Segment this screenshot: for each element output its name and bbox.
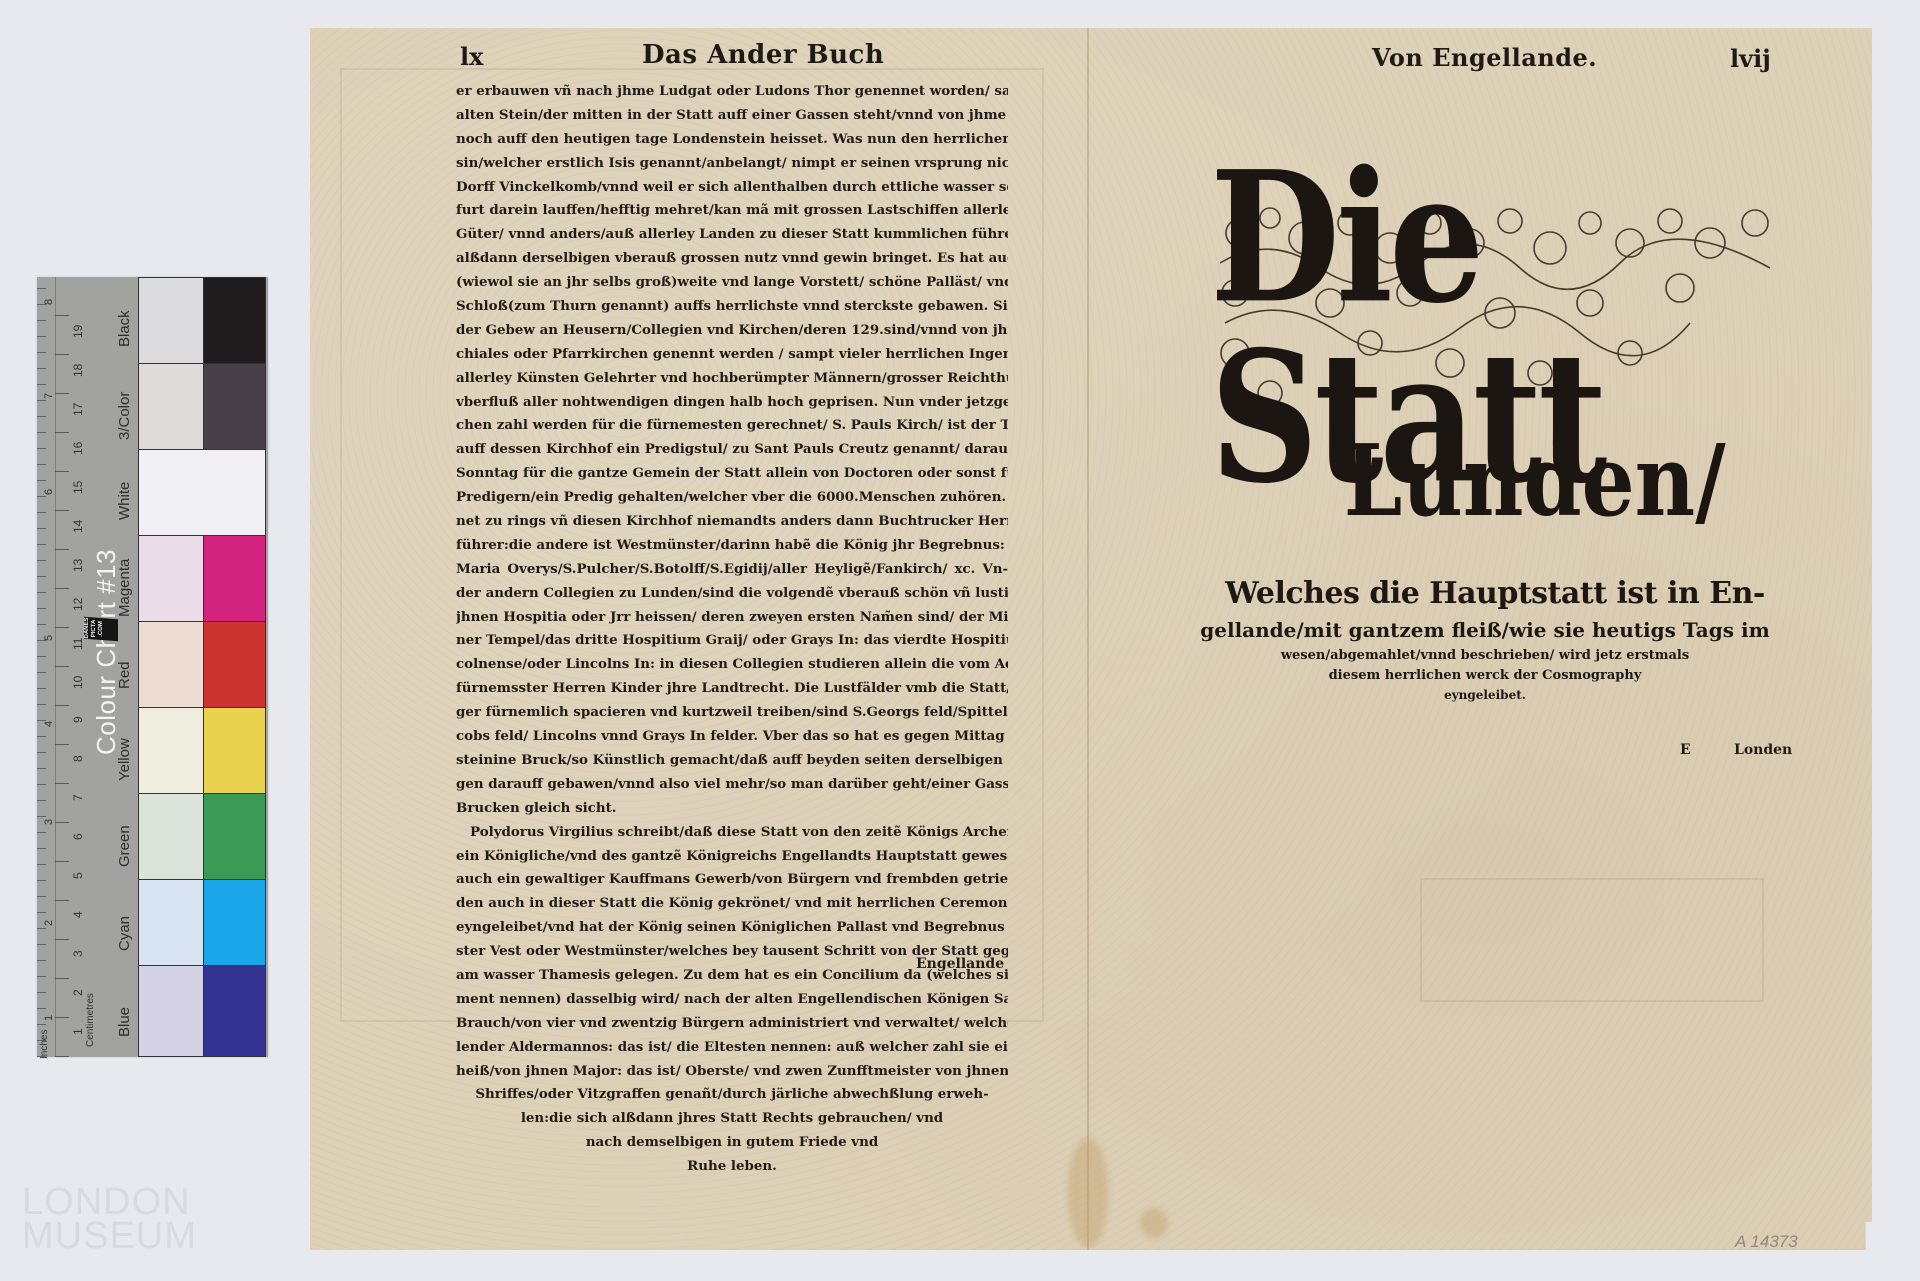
- swatch-green-dark: [203, 793, 266, 880]
- text-line: der Gebew an Heusern/Collegien vnd Kirch…: [456, 319, 1008, 343]
- cm-19: 19: [71, 325, 85, 338]
- colour-chart: 1 2 3 4 5 6 7 8 1 2 3 4 5 6 7 8 9 10 11 …: [37, 277, 268, 1057]
- text-line: colnense/oder Lincolns In: in diesen Col…: [456, 653, 1008, 677]
- left-catchword: Engellande: [916, 956, 1004, 972]
- swatch-green-light: [138, 793, 204, 880]
- text-line: ger fürnemlich spacieren vnd kurtzweil t…: [456, 701, 1008, 725]
- label-cyan: Cyan: [116, 916, 133, 951]
- cm-11: 11: [71, 638, 85, 650]
- ruler: 1 2 3 4 5 6 7 8 1 2 3 4 5 6 7 8 9 10 11 …: [37, 277, 138, 1057]
- text-line: er erbauwen vñ nach jhme Ludgat oder Lud…: [456, 80, 1008, 104]
- text-line: Shriffes/oder Vitzgraffen genañt/durch j…: [456, 1083, 1008, 1107]
- text-line: ner Tempel/das dritte Hospitium Graij/ o…: [456, 629, 1008, 653]
- text-line: Güter/ vnnd anders/auß allerley Landen z…: [456, 223, 1008, 247]
- left-page-number: lx: [460, 42, 483, 71]
- cm-1: 1: [71, 1028, 85, 1035]
- swatch-yellow-light: [138, 707, 204, 794]
- title-lunden: Lunden/: [1344, 433, 1726, 531]
- stain: [1140, 1208, 1168, 1238]
- swatch-cyan-light: [138, 879, 204, 966]
- label-magenta: Magenta: [116, 559, 133, 617]
- inch-2: 2: [43, 920, 55, 926]
- subtitle-line-1: Welches die Hauptstatt ist in En-: [1200, 576, 1790, 611]
- text-line: führer:die andere ist Westmünster/darinn…: [456, 534, 1008, 558]
- subtitle-line-2: gellande/mit gantzem fleiß/wie sie heuti…: [1200, 618, 1770, 642]
- text-line: Brucken gleich sicht.: [456, 797, 1008, 821]
- text-line: auff dessen Kirchhof ein Predigstul/ zu …: [456, 438, 1008, 462]
- logo-line-1: LONDON: [22, 1185, 197, 1219]
- text-line: der andern Collegien zu Lunden/sind die …: [456, 582, 1008, 606]
- swatch-yellow-dark: [203, 707, 266, 794]
- pencil-inventory-number: A 14373: [1735, 1232, 1798, 1252]
- text-line: allerley Künsten Gelehrter vnd hochberüm…: [456, 367, 1008, 391]
- subtitle-line-5: eyngeleibet.: [1200, 688, 1770, 702]
- cm-5: 5: [71, 872, 85, 879]
- cm-13: 13: [71, 559, 85, 572]
- show-through-box: [1420, 878, 1764, 1002]
- cm-15: 15: [71, 481, 85, 494]
- right-running-head: Von Engellande.: [1372, 43, 1597, 72]
- swatch-magenta-light: [138, 535, 204, 622]
- text-line: cobs feld/ Lincolns vnnd Grays In felder…: [456, 725, 1008, 749]
- document-leaf: lx Das Ander Buch er erbauwen vñ nach jh…: [310, 28, 1872, 1250]
- inch-7: 7: [43, 393, 55, 399]
- swatch-cyan-dark: [203, 879, 266, 966]
- signature-mark: E: [1680, 742, 1691, 758]
- text-line: (wiewol sie an jhr selbs groß)weite vnd …: [456, 271, 1008, 295]
- text-line: vberfluß aller nohtwendigen dingen halb …: [456, 391, 1008, 415]
- text-line: lender Aldermannos: das ist/ die Elteste…: [456, 1036, 1008, 1060]
- subtitle-line-3: wesen/abgemahlet/vnnd beschrieben/ wird …: [1200, 648, 1770, 663]
- cm-12: 12: [71, 598, 85, 611]
- left-running-head: Das Ander Buch: [642, 40, 884, 70]
- label-black: Black: [116, 310, 133, 347]
- text-line: ein Königliche/vnd des gantzẽ Königreich…: [456, 845, 1008, 869]
- text-line: Predigern/ein Predig gehalten/welcher vb…: [456, 486, 1008, 510]
- swatch-red-dark: [203, 621, 266, 708]
- london-museum-logo: LONDON MUSEUM: [22, 1185, 197, 1253]
- text-line: gen darauff gebawen/vnnd also viel mehr/…: [456, 773, 1008, 797]
- label-blue: Blue: [116, 1007, 133, 1037]
- cm-3: 3: [71, 950, 85, 957]
- text-line: Dorff Vinckelkomb/vnnd weil er sich alle…: [456, 176, 1008, 200]
- text-line: jhnen Hospitia oder Jrr heissen/ deren z…: [456, 606, 1008, 630]
- inch-5: 5: [43, 635, 55, 641]
- text-line: nach demselbigen in gutem Friede vnd: [456, 1131, 1008, 1155]
- danes-picta-logo: DANES PICTA .COM: [84, 617, 118, 641]
- cm-14: 14: [71, 520, 85, 533]
- label-red: Red: [116, 661, 133, 689]
- text-line: fürnemsster Herren Kinder jhre Landtrech…: [456, 677, 1008, 701]
- text-line: eyngeleibet/vnd hat der König seinen Kön…: [456, 916, 1008, 940]
- text-line: auch ein gewaltiger Kauffmans Gewerb/von…: [456, 868, 1008, 892]
- text-line: furt darein lauffen/hefftig mehret/kan m…: [456, 199, 1008, 223]
- swatch-red-light: [138, 621, 204, 708]
- cm-16: 16: [71, 442, 85, 455]
- text-line: Sonntag für die gantze Gemein der Statt …: [456, 462, 1008, 486]
- cm-10: 10: [71, 676, 85, 689]
- text-line: steinine Bruck/so Künstlich gemacht/daß …: [456, 749, 1008, 773]
- label-yellow: Yellow: [116, 738, 133, 781]
- swatch-3color-light: [138, 363, 204, 450]
- stain: [1068, 1138, 1108, 1248]
- text-line: sin/welcher erstlich Isis genannt/anbela…: [456, 152, 1008, 176]
- text-line: Brauch/von vier vnd zwentzig Bürgern adm…: [456, 1012, 1008, 1036]
- text-line: Polydorus Virgilius schreibt/daß diese S…: [456, 821, 1008, 845]
- logo-line-2: MUSEUM: [22, 1219, 197, 1253]
- swatch-black-light: [138, 277, 204, 364]
- text-line: Maria Overys/S.Pulcher/S.Botolff/S.Egidi…: [456, 558, 1008, 582]
- swatch-blue-dark: [203, 965, 266, 1057]
- cm-7: 7: [71, 794, 85, 801]
- ruler-divider: [55, 277, 56, 1057]
- text-line: len:die sich alßdann jhres Statt Rechts …: [456, 1107, 1008, 1131]
- text-line: chiales oder Pfarrkirchen genennt werden…: [456, 343, 1008, 367]
- inches-label: Inches: [39, 1030, 50, 1059]
- text-line: Ruhe leben.: [456, 1155, 1008, 1179]
- inch-1: 1: [43, 1015, 55, 1021]
- swatch-3color-dark: [203, 363, 266, 450]
- inch-4: 4: [43, 721, 55, 727]
- text-line: alten Stein/der mitten in der Statt auff…: [456, 104, 1008, 128]
- text-line: heiß/von jhnen Major: das ist/ Oberste/ …: [456, 1060, 1008, 1084]
- swatch-white: [138, 449, 266, 536]
- cm-2: 2: [71, 989, 85, 996]
- inch-6: 6: [43, 489, 55, 495]
- inch-8: 8: [43, 299, 55, 305]
- cm-17: 17: [71, 403, 85, 416]
- centimetres-label: Centimetres: [85, 993, 96, 1047]
- center-fold: [1087, 28, 1089, 1250]
- text-line: alßdann derselbigen vberauß grossen nutz…: [456, 247, 1008, 271]
- left-body-text: er erbauwen vñ nach jhme Ludgat oder Lud…: [456, 80, 1008, 1179]
- text-line: den auch in dieser Statt die König gekrö…: [456, 892, 1008, 916]
- text-line: noch auff den heutigen tage Londenstein …: [456, 128, 1008, 152]
- cm-4: 4: [71, 911, 85, 918]
- right-catchword: Londen: [1734, 742, 1792, 758]
- swatch-black-dark: [203, 277, 266, 364]
- cm-ticks: [55, 277, 69, 1057]
- label-green: Green: [116, 825, 133, 867]
- inch-3: 3: [43, 819, 55, 825]
- right-page-number: lvij: [1730, 44, 1771, 73]
- swatch-blue-light: [138, 965, 204, 1057]
- subtitle-line-4: diesem herrlichen werck der Cosmography: [1200, 668, 1770, 683]
- cm-6: 6: [71, 833, 85, 840]
- cm-8: 8: [71, 755, 85, 762]
- text-line: Schloß(zum Thurn genannt) auffs herrlich…: [456, 295, 1008, 319]
- cm-9: 9: [71, 716, 85, 723]
- cm-18: 18: [71, 364, 85, 377]
- text-line: ment nennen) dasselbig wird/ nach der al…: [456, 988, 1008, 1012]
- label-white: White: [116, 482, 133, 520]
- text-line: net zu rings vñ diesen Kirchhof niemandt…: [456, 510, 1008, 534]
- text-line: chen zahl werden für die fürnemesten ger…: [456, 414, 1008, 438]
- swatch-magenta-dark: [203, 535, 266, 622]
- label-3color: 3/Color: [116, 392, 133, 440]
